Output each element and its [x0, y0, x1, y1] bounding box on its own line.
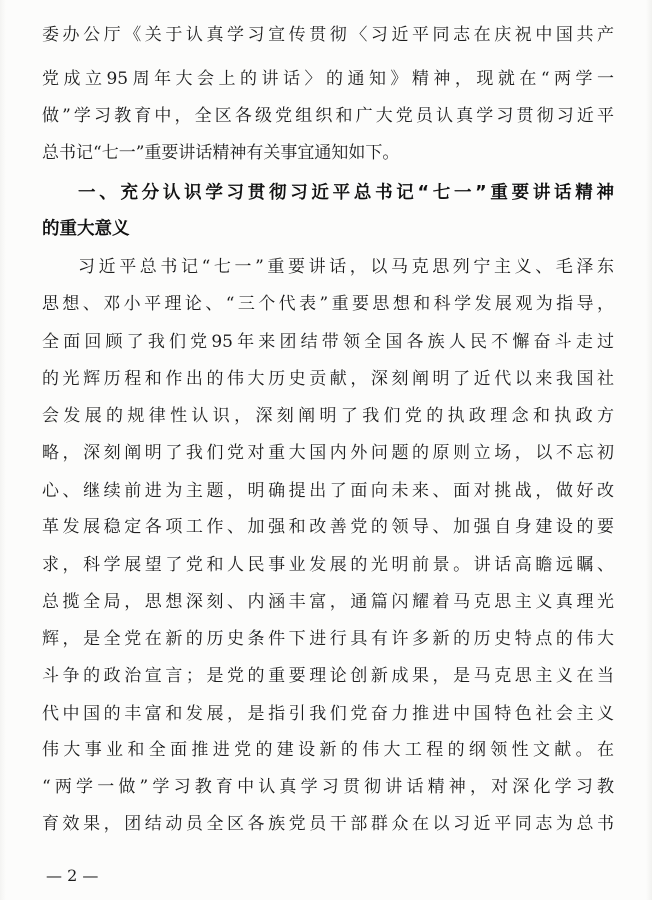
intro-line-1: 委办公厅《关于认真学习宣传贯彻〈习近平同志在庆祝中国共产 — [42, 20, 614, 50]
section-heading-line-1: 一、充分认识学习贯彻习近平总书记“七一”重要讲话精神 — [78, 178, 614, 208]
intro-line-4: 总书记“七一”重要讲话精神有关事宜通知如下。 — [42, 138, 614, 168]
page-number: — 2 — — [46, 864, 98, 888]
intro-line-2: 党成立95周年大会上的讲话〉的通知》精神，现就在“两学一 — [42, 64, 614, 94]
body-line-12: 斗争的政治宣言；是党的重要理论创新成果，是马克思主义在当 — [42, 661, 614, 691]
body-line-4: 的光辉历程和作出的伟大历史贡献，深刻阐明了近代以来我国社 — [42, 364, 614, 394]
body-line-8: 革发展稳定各项工作、加强和改善党的领导、加强自身建设的要 — [42, 512, 614, 542]
body-line-15: “两学一做”学习教育中认真学习贯彻讲话精神，对深化学习教 — [42, 772, 614, 802]
body-line-2: 思想、邓小平理论、“三个代表”重要思想和科学发展观为指导， — [42, 289, 614, 319]
body-line-7: 心、继续前进为主题，明确提出了面向未来、面对挑战，做好改 — [42, 476, 614, 506]
body-line-1: 习近平总书记“七一”重要讲话，以马克思列宁主义、毛泽东 — [78, 252, 614, 282]
body-line-5: 会发展的规律性认识，深刻阐明了我们党的执政理念和执政方 — [42, 401, 614, 431]
body-line-6: 略，深刻阐明了我们党对重大国内外问题的原则立场，以不忘初 — [42, 438, 614, 468]
body-line-11: 辉，是全党在新的历史条件下进行具有许多新的历史特点的伟大 — [42, 624, 614, 654]
document-page: 委办公厅《关于认真学习宣传贯彻〈习近平同志在庆祝中国共产 党成立95周年大会上的… — [0, 0, 652, 900]
intro-line-3: 做”学习教育中，全区各级党组织和广大党员认真学习贯彻习近平 — [42, 101, 614, 131]
body-line-3: 全面回顾了我们党95年来团结带领全国各族人民不懈奋斗走过 — [42, 327, 614, 357]
body-line-10: 总揽全局，思想深刻、内涵丰富，通篇闪耀着马克思主义真理光 — [42, 587, 614, 617]
body-line-13: 代中国的丰富和发展，是指引我们党奋力推进中国特色社会主义 — [42, 699, 614, 729]
section-heading-line-2: 的重大意义 — [42, 214, 614, 244]
body-line-9: 求，科学展望了党和人民事业发展的光明前景。讲话高瞻远瞩、 — [42, 550, 614, 580]
body-line-14: 伟大事业和全面推进党的建设新的伟大工程的纲领性文献。在 — [42, 735, 614, 765]
body-line-16: 育效果，团结动员全区各族党员干部群众在以习近平同志为总书 — [42, 809, 614, 839]
